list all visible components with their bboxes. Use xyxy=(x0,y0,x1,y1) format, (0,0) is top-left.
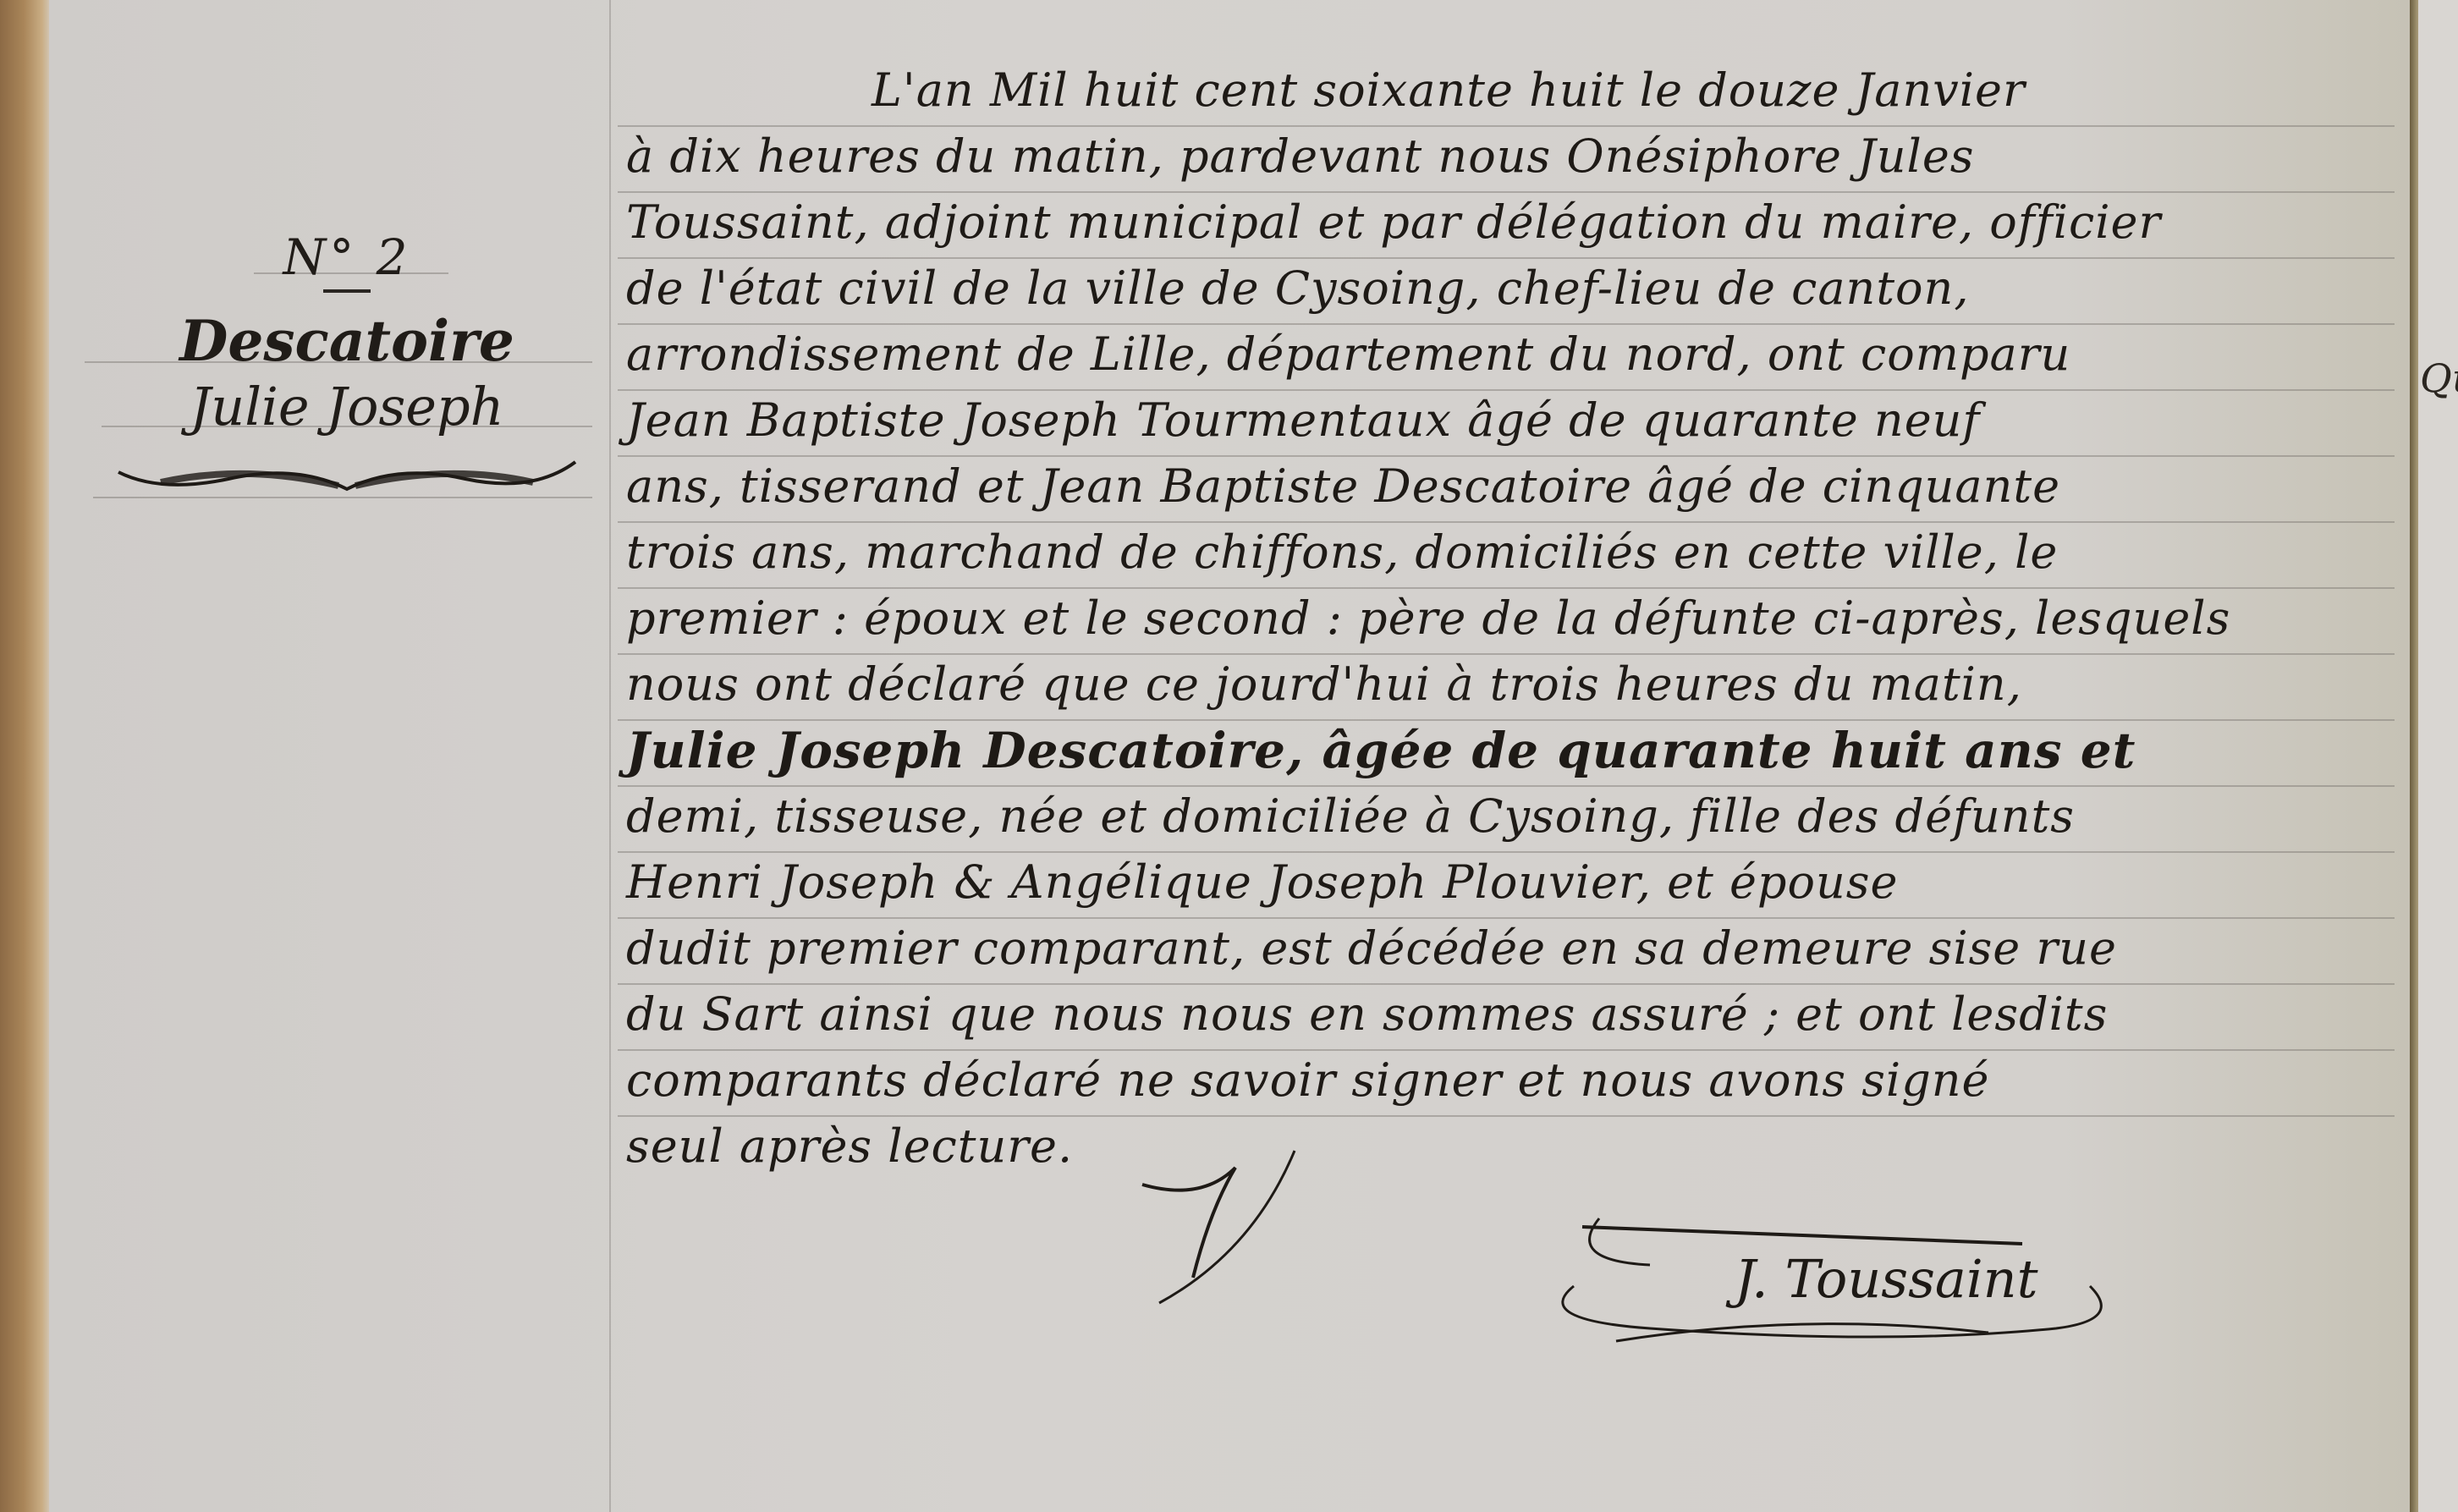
flourish-ornament xyxy=(110,455,584,498)
record-line: Henri Joseph & Angélique Joseph Plouvier… xyxy=(626,849,2395,915)
record-line: demi, tisseuse, née et domiciliée à Cyso… xyxy=(626,783,2395,849)
closing-flourish xyxy=(1125,1134,1328,1320)
margin-rule xyxy=(609,0,611,1512)
record-line: nous ont déclaré que ce jourd'hui à troi… xyxy=(626,652,2395,718)
entry-divider xyxy=(323,289,371,293)
book-gutter xyxy=(2410,0,2418,1512)
book-binding-left xyxy=(0,0,52,1512)
record-line: de l'état civil de la ville de Cysoing, … xyxy=(626,256,2395,322)
record-line: seul après lecture. xyxy=(626,1113,2395,1179)
record-line: trois ans, marchand de chiffons, domicil… xyxy=(626,520,2395,586)
record-body: L'an Mil huit cent soixante huit le douz… xyxy=(626,58,2395,1179)
record-line: comparants déclaré ne savoir signer et n… xyxy=(626,1047,2395,1113)
entry-number: N° 2 xyxy=(102,228,592,286)
record-line: ans, tisserand et Jean Baptiste Descatoi… xyxy=(626,454,2395,520)
officer-signature: J. Toussaint xyxy=(1548,1201,2208,1354)
record-line: dudit premier comparant, est décédée en … xyxy=(626,915,2395,981)
record-line: Toussaint, adjoint municipal et par délé… xyxy=(626,190,2395,256)
record-line: à dix heures du matin, pardevant nous On… xyxy=(626,124,2395,190)
adjacent-page: Qu xyxy=(2418,0,2458,1512)
deceased-given-names: Julie Joseph xyxy=(102,374,592,440)
deceased-surname: Descatoire xyxy=(102,308,592,374)
record-line: premier : époux et le second : père de l… xyxy=(626,586,2395,652)
record-line: arrondissement de Lille, département du … xyxy=(626,322,2395,388)
margin-annotation: N° 2 Descatoire Julie Joseph xyxy=(102,228,592,498)
record-line: du Sart ainsi que nous nous en sommes as… xyxy=(626,981,2395,1047)
adjacent-page-fragment: Qu xyxy=(2420,355,2458,401)
record-line: L'an Mil huit cent soixante huit le douz… xyxy=(626,58,2395,124)
record-line: Jean Baptiste Joseph Tourmentaux âgé de … xyxy=(626,388,2395,454)
signature-text: J. Toussaint xyxy=(1735,1248,2038,1310)
record-line-deceased: Julie Joseph Descatoire, âgée de quarant… xyxy=(626,718,2395,783)
